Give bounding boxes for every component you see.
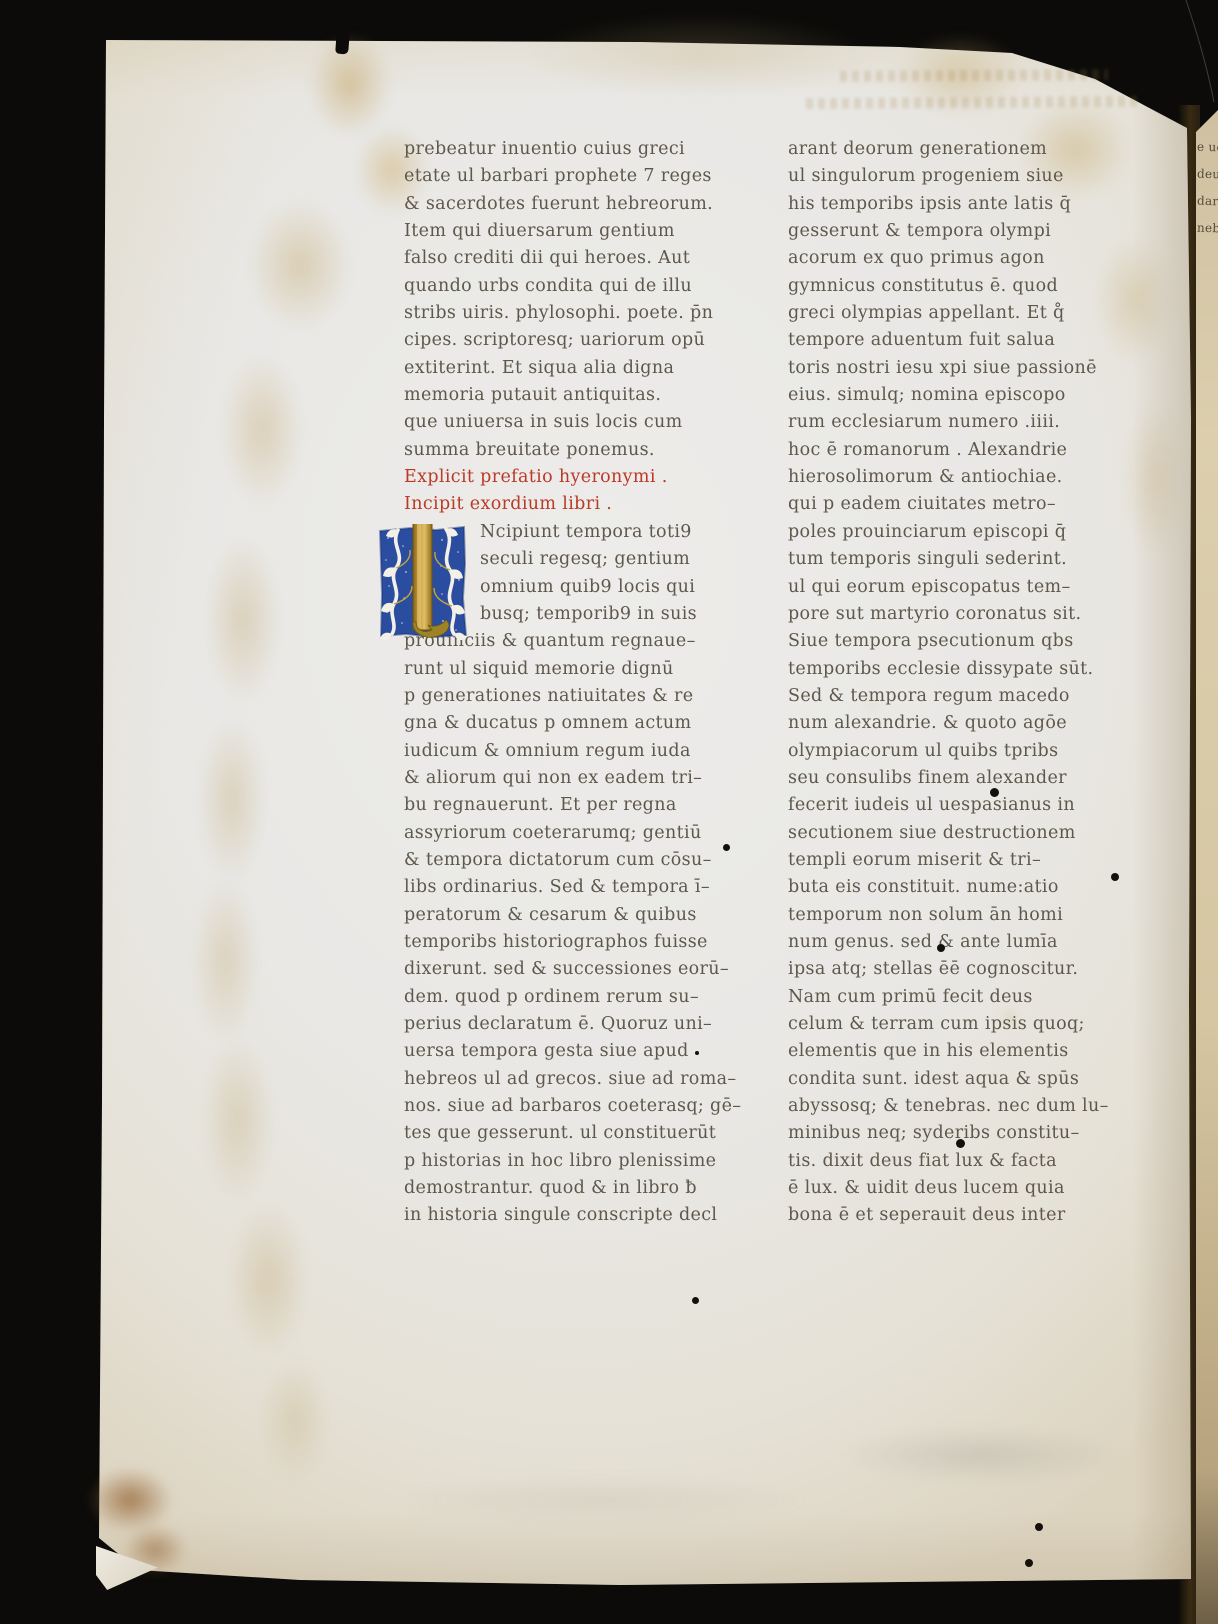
manuscript-text-line: in historia singule conscripte decl [404,1202,734,1229]
manuscript-text-line: Item qui diuersarum gentium [404,218,734,245]
manuscript-text-line: Explicit prefatio hyeronymi . [404,464,734,491]
manuscript-text-line: toris nostri iesu xpi siue passionē [788,355,1108,382]
manuscript-text-line: busq; temporib9 in suis [480,601,734,628]
manuscript-text-line: nos. siue ad barbaros coeterasq; gē– [404,1093,734,1120]
manuscript-text-line: falso crediti dii qui heroes. Aut [404,245,734,272]
manuscript-text-line: seu consulibs finem alexander [788,765,1108,792]
manuscript-text-line: demostrantur. quod & in libro ƀ [404,1175,734,1202]
manuscript-text-line: bona ē et seperauit deus inter [788,1202,1108,1229]
manuscript-text-line: buta eis constituit. nume:atio [788,874,1108,901]
manuscript-text-line: assyriorum coeterarumq; gentiū [404,820,734,847]
manuscript-text-line: hoc ē romanorum . Alexandrie [788,437,1108,464]
wormhole-dot [723,844,730,851]
manuscript-text-line: pore sut martyrio coronatus sit. [788,601,1108,628]
manuscript-text-line: dem. quod p ordinem rerum su– [404,984,734,1011]
manuscript-photo: e uodeusdarnnebr prebeatur inuentio cuiu… [0,0,1218,1624]
bookmark-tab [335,30,350,55]
manuscript-text-line: gesserunt & tempora olympi [788,218,1108,245]
wormhole-dot [695,1051,699,1055]
wormhole-dot [956,1139,965,1148]
manuscript-text-line: iudicum & omnium regum iuda [404,738,734,765]
manuscript-text-line: condita sunt. idest aqua & spūs [788,1066,1108,1093]
manuscript-text-line: gna & ducatus p omnem actum [404,710,734,737]
manuscript-text-line: arant deorum generationem [788,136,1108,163]
manuscript-text-line: Incipit exordium libri . [404,491,734,518]
manuscript-text-line: Nam cum primū fecit deus [788,984,1108,1011]
manuscript-text-line: fecerit iudeis ul uespasianus in [788,792,1108,819]
manuscript-text-line: acorum ex quo primus agon [788,245,1108,272]
wormhole-dot [990,788,999,797]
manuscript-text-line: uersa tempora gesta siue apud [404,1038,734,1065]
manuscript-text-line: rum ecclesiarum numero .iiii. [788,409,1108,436]
manuscript-text-line: Ncipiunt tempora toti9 [480,519,734,546]
manuscript-text-line: summa breuitate ponemus. [404,437,734,464]
initial-artwork [376,524,468,640]
manuscript-text-line: celum & terram cum ipsis quoq; [788,1011,1108,1038]
show-through-text [806,96,1138,109]
manuscript-text-line: greci olympias appellant. Et q̊ [788,300,1108,327]
manuscript-text-line: cipes. scriptoresq; uariorum opū [404,327,734,354]
manuscript-text-line: Siue tempora psecutionum qbs [788,628,1108,655]
facing-page-text-fragment: e uo [1197,140,1218,155]
manuscript-text-line: tes que gesserunt. ul constituerūt [404,1120,734,1147]
stray-thread [1180,0,1218,105]
manuscript-text-line: p historias in hoc libro plenissime [404,1148,734,1175]
manuscript-text-line: stribs uiris. phylosophi. poete. p̄n [404,300,734,327]
manuscript-text-line: temporum non solum ān homi [788,902,1108,929]
manuscript-text-line: ē lux. & uidit deus lucem quia [788,1175,1108,1202]
manuscript-text-line: p generationes natiuitates & re [404,683,734,710]
manuscript-text-line: tum temporis singuli sederint. [788,546,1108,573]
manuscript-text-line: olympiacorum ul quibs tpribs [788,738,1108,765]
manuscript-text-line: & sacerdotes fuerunt hebreorum. [404,191,734,218]
manuscript-text-line: num alexandrie. & quoto agōe [788,710,1108,737]
manuscript-text-line: ul qui eorum episcopatus tem– [788,574,1108,601]
manuscript-text-line: minibus neq; syderibs constitu– [788,1120,1108,1147]
facing-page-text-fragment: deus [1197,167,1218,182]
manuscript-text-line: extiterint. Et siqua alia digna [404,355,734,382]
manuscript-text-line: temporibs historiographos fuisse [404,929,734,956]
manuscript-text-line: bu regnauerunt. Et per regna [404,792,734,819]
manuscript-text-line: hebreos ul ad grecos. siue ad roma– [404,1066,734,1093]
manuscript-text-line: poles prouinciarum episcopi q̄ [788,519,1108,546]
illuminated-initial-I: I [376,524,468,640]
facing-page-edge: e uodeusdarnnebr [1196,110,1218,1624]
manuscript-text-line: temporibs ecclesie dissypate sūt. [788,656,1108,683]
manuscript-text-line: omnium quib9 locis qui [480,574,734,601]
manuscript-text-line: Sed & tempora regum macedo [788,683,1108,710]
manuscript-text-line: etate ul barbari prophete 7 reges [404,163,734,190]
manuscript-text-line: elementis que in his elementis [788,1038,1108,1065]
wormhole-dot [1111,873,1119,881]
manuscript-text-line: perius declaratum ē. Quoruz uni– [404,1011,734,1038]
facing-page-text-fragment: nebr [1197,221,1218,236]
manuscript-text-line: prebeatur inuentio cuius greci [404,136,734,163]
manuscript-text-line: his temporibs ipsis ante latis q̄ [788,191,1108,218]
manuscript-text-line: libs ordinarius. Sed & tempora ī– [404,874,734,901]
wormhole-dot [937,944,945,952]
manuscript-text-line: runt ul siquid memorie dignū [404,656,734,683]
manuscript-text-line: que uniuersa in suis locis cum [404,409,734,436]
manuscript-text-line: tempore aduentum fuit salua [788,327,1108,354]
text-column-right: arant deorum generationemul singulorum p… [788,136,1108,1230]
manuscript-text-line: quando urbs condita qui de illu [404,273,734,300]
manuscript-text-line: abyssosq; & tenebras. nec dum lu– [788,1093,1108,1120]
manuscript-text-line: secutionem siue destructionem [788,820,1108,847]
wormhole-dot [692,1297,699,1304]
manuscript-text-line: eius. simulq; nomina episcopo [788,382,1108,409]
manuscript-text-line: dixerunt. sed & successiones eorū– [404,956,734,983]
facing-page-text-fragment: darn [1197,194,1218,209]
manuscript-text-line: seculi regesq; gentium [480,546,734,573]
manuscript-text-line: & aliorum qui non ex eadem tri– [404,765,734,792]
manuscript-text-line: qui p eadem ciuitates metro– [788,491,1108,518]
manuscript-text-line: hierosolimorum & antiochiae. [788,464,1108,491]
show-through-text [840,69,1108,82]
manuscript-text-line: templi eorum miserit & tri– [788,847,1108,874]
manuscript-text-line: gymnicus constitutus ē. quod [788,273,1108,300]
manuscript-text-line: & tempora dictatorum cum cōsu– [404,847,734,874]
manuscript-text-line: memoria putauit antiquitas. [404,382,734,409]
wormhole-dot [1035,1523,1043,1531]
text-column-left: prebeatur inuentio cuius grecietate ul b… [404,136,734,1230]
manuscript-text-line: ipsa atq; stellas ēē cognoscitur. [788,956,1108,983]
manuscript-text-line: ul singulorum progeniem siue [788,163,1108,190]
manuscript-text-line: peratorum & cesarum & quibus [404,902,734,929]
manuscript-text-line: num genus. sed & ante lumīa [788,929,1108,956]
wormhole-dot [1025,1559,1033,1567]
manuscript-text-line: tis. dixit deus fiat lux & facta [788,1148,1108,1175]
